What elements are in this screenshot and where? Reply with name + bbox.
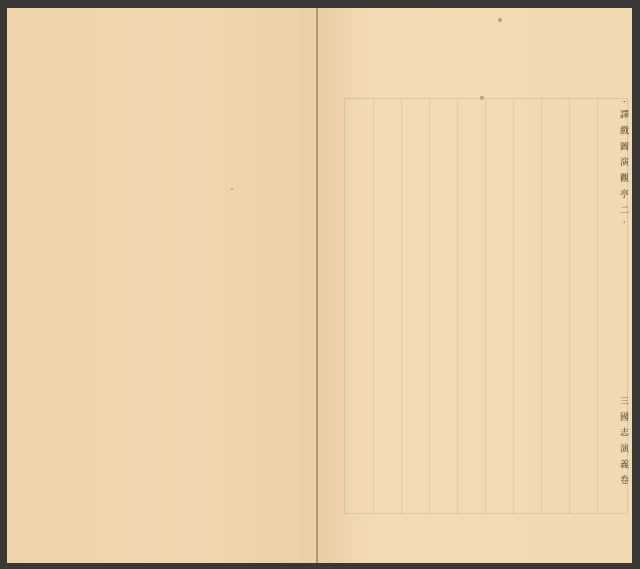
paper-speck xyxy=(231,188,233,190)
right-page: ‧ 譯 戲 圖 演 觀 亭 二 ‧ 三 國 志 演 義 卷 xyxy=(318,8,632,563)
grid-line xyxy=(597,99,598,513)
grid-line xyxy=(457,99,458,513)
grid-line xyxy=(373,99,374,513)
ruled-grid xyxy=(344,98,628,514)
book-spread: ‧ 譯 戲 圖 演 觀 亭 二 ‧ 三 國 志 演 義 卷 xyxy=(6,8,634,563)
grid-line xyxy=(485,99,486,513)
grid-line xyxy=(429,99,430,513)
margin-text-bottom: 三 國 志 演 義 卷 xyxy=(620,396,630,526)
margin-text-top: ‧ 譯 戲 圖 演 觀 亭 二 ‧ xyxy=(620,100,630,300)
grid-line xyxy=(513,99,514,513)
left-page xyxy=(7,8,317,563)
grid-line xyxy=(401,99,402,513)
paper-speck xyxy=(498,18,502,22)
grid-line xyxy=(569,99,570,513)
grid-line xyxy=(541,99,542,513)
